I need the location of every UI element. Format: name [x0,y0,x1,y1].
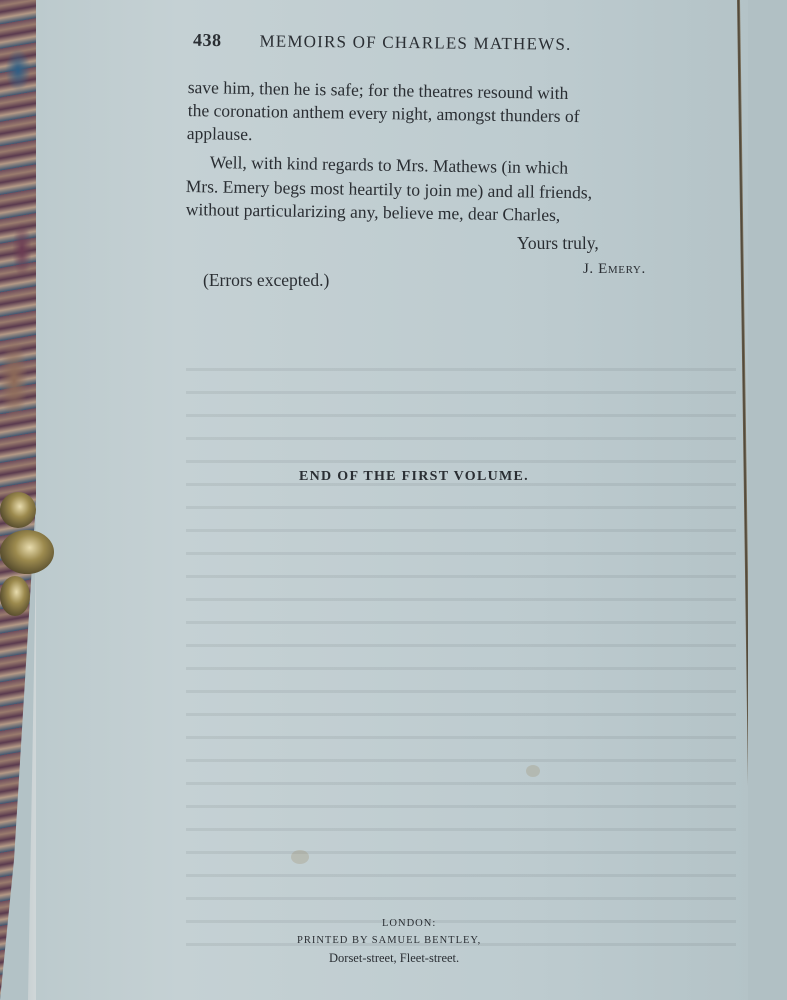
adjacent-page [748,0,787,1000]
book-page [36,0,752,1000]
imprint-printer: PRINTED BY SAMUEL BENTLEY, [297,935,481,946]
running-title: MEMOIRS OF CHARLES MATHEWS. [259,31,571,53]
page-number: 438 [193,30,222,50]
letter-closing: Yours truly, [517,233,599,254]
foxing-spot [291,850,309,864]
body-line: applause. [187,122,253,147]
running-head: 438MEMOIRS OF CHARLES MATHEWS. [193,30,613,55]
imprint-address: Dorset-street, Fleet-street. [329,951,459,966]
letter-signature: J. Emery. [583,261,646,278]
errors-note: (Errors excepted.) [203,270,329,291]
imprint-city: LONDON: [382,918,436,929]
foxing-spot [526,765,540,777]
brass-clasp-icon [0,492,56,628]
end-of-volume-notice: END OF THE FIRST VOLUME. [299,469,529,485]
show-through-text [186,360,736,960]
